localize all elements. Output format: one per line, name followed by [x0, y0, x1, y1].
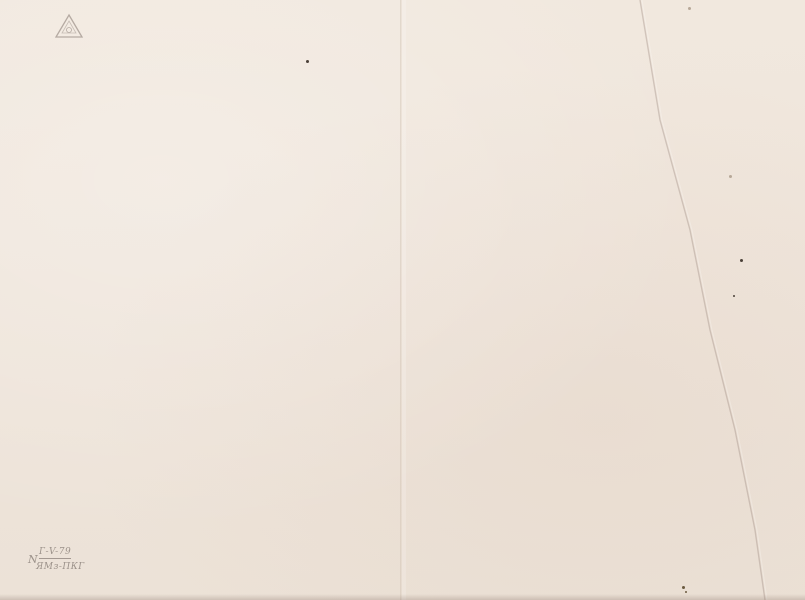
ink-speck	[733, 295, 735, 297]
ink-speck	[729, 175, 732, 178]
ink-speck	[306, 60, 309, 63]
ink-speck	[688, 7, 691, 10]
paper-bottom-edge	[0, 594, 805, 600]
center-fold-line	[400, 0, 402, 600]
ink-speck	[685, 591, 687, 593]
ink-speck	[740, 259, 743, 262]
triangle-stamp-icon	[54, 13, 84, 39]
note-denominator: ЯМз-ПКГ	[36, 562, 85, 572]
ink-speck	[682, 586, 685, 589]
paper-sheet: N Г-V-79 ЯМз-ПКГ	[0, 0, 805, 600]
handwritten-catalog-note: N Г-V-79 ЯМз-ПКГ	[28, 547, 98, 583]
note-numerator: Г-V-79	[39, 547, 71, 559]
